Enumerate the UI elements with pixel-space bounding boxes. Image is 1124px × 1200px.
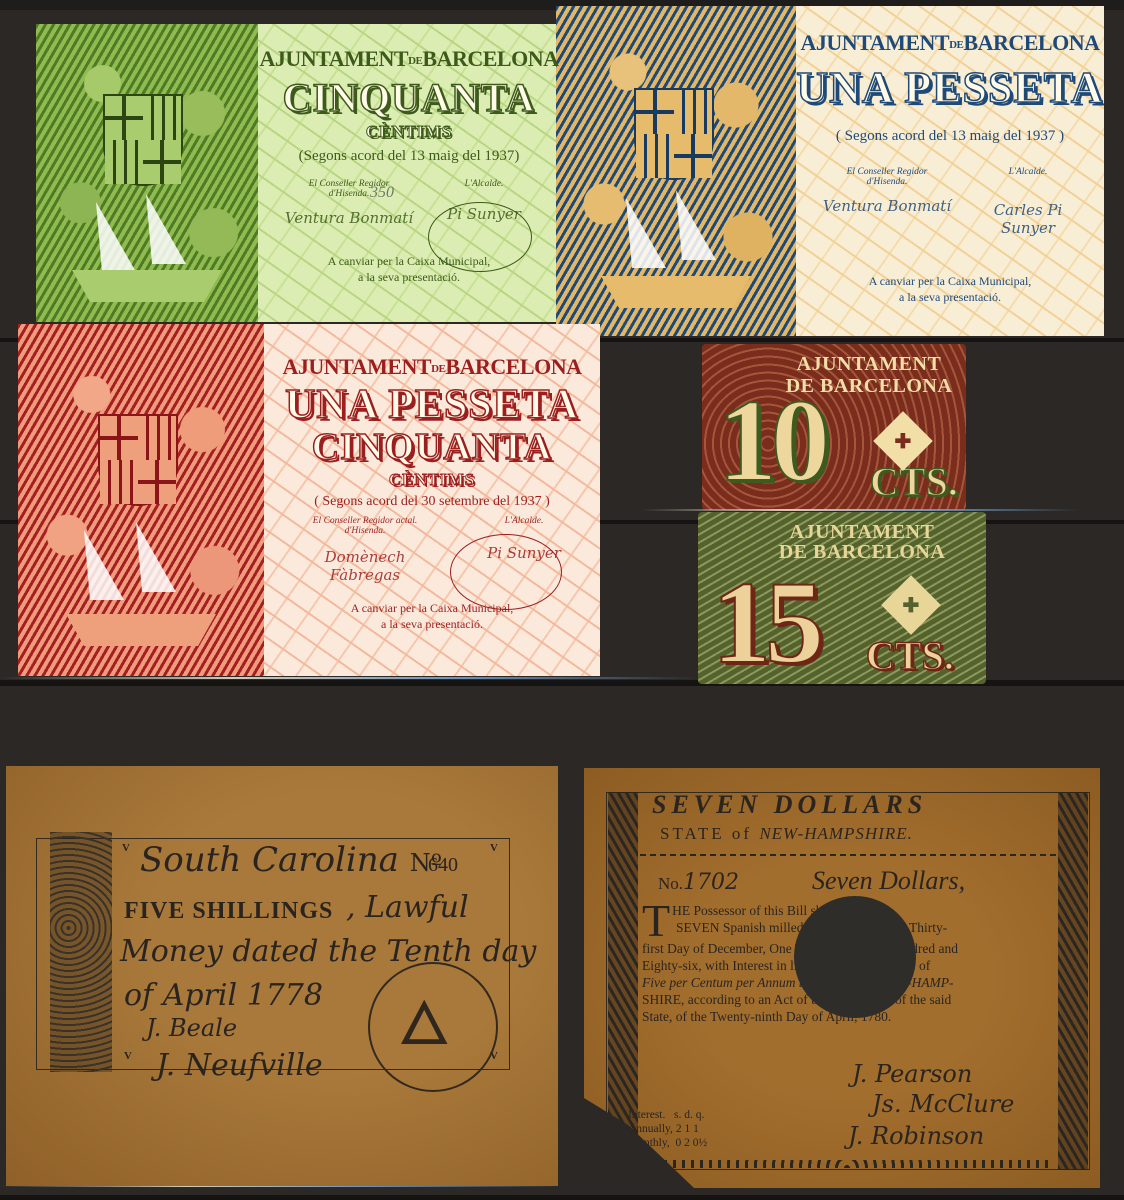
signer-right-title: L'Alcalde. Pi Sunyer xyxy=(474,516,574,584)
serial-number: 640 xyxy=(428,854,458,877)
banknote-10-centims: AJUNTAMENT DE BARCELONA 10 CTS. ✚ xyxy=(702,344,966,510)
decree-text: ( Segons acord del 30 setembre del 1937 … xyxy=(264,494,600,510)
coat-of-arms-icon xyxy=(634,88,714,180)
signature-3: J. Robinson xyxy=(848,1122,984,1150)
signer-left-title: El Conseller Regidor d'Hisenda. Ventura … xyxy=(822,167,952,237)
corner-mark: V xyxy=(124,1050,132,1062)
engraving-panel xyxy=(36,24,258,322)
exchange-text: A canviar per la Caixa Municipal, a la s… xyxy=(258,253,560,285)
serial-number: No.1702 xyxy=(658,870,739,895)
denomination: UNA PESSETA xyxy=(264,384,600,426)
note-face: AJUNTAMENTDEBARCELONA UNA PESSETA CINQUA… xyxy=(264,324,600,676)
ornamental-border-right xyxy=(1058,792,1088,1170)
unit: CTS. xyxy=(866,636,954,676)
date-text: of April 1778 xyxy=(124,978,323,1013)
lawful-text: , Lawful xyxy=(346,890,469,925)
signature-left: Ventura Bonmatí xyxy=(822,197,952,215)
state-title: STATE of NEW-HAMPSHIRE. xyxy=(660,824,913,844)
note-face: AJUNTAMENTDEBARCELONA CINQUANTA CÈNTIMS … xyxy=(258,24,560,322)
ship-icon xyxy=(66,606,216,646)
signature-1: J. Beale xyxy=(146,1014,237,1042)
chain-ornament xyxy=(640,854,1056,856)
signer-left-title: El Conseller Regidor d'Hisenda. Ventura … xyxy=(284,179,414,227)
corner-mark: V xyxy=(490,842,498,854)
coat-of-arms-icon xyxy=(98,414,178,506)
note-face: AJUNTAMENTDEBARCELONA UNA PESSETA ( Sego… xyxy=(796,6,1104,336)
corner-mark: V xyxy=(122,842,130,854)
engraving-panel xyxy=(18,324,264,676)
value: 10 xyxy=(718,382,824,500)
barcelona-arms-icon: ✚ xyxy=(881,575,940,634)
ship-icon xyxy=(72,262,222,302)
denomination: Seven Dollars, xyxy=(812,866,965,896)
exchange-text: A canviar per la Caixa Municipal, a la s… xyxy=(264,600,600,632)
ornamental-border xyxy=(50,832,112,1072)
banknote-cinquanta-centims: AJUNTAMENTDEBARCELONA CINQUANTA CÈNTIMS … xyxy=(36,24,560,322)
signature-left: Domènech Fàbregas xyxy=(290,548,440,584)
signature-2: J. Neufville xyxy=(156,1048,323,1083)
denomination-unit: CÈNTIMS xyxy=(264,470,600,490)
colony-title: South Carolina Nº xyxy=(140,840,442,880)
decree-text: ( Segons acord del 13 maig del 1937 ) xyxy=(796,128,1104,145)
issuer-line-1: AJUNTAMENT xyxy=(738,522,986,542)
denomination-unit: CÈNTIMS xyxy=(258,122,560,142)
top-band: SEVEN DOLLARS xyxy=(652,790,927,820)
signature-2: Js. McClure xyxy=(872,1090,1014,1118)
signature-right: Pi Sunyer xyxy=(474,544,574,562)
engraving-panel xyxy=(556,6,796,336)
banknote-15-centims: AJUNTAMENT DE BARCELONA 15 CTS. ✚ xyxy=(698,512,986,684)
phoenix-icon: 🜂 xyxy=(398,994,450,1054)
banknote-una-pesseta-cinquanta: AJUNTAMENTDEBARCELONA UNA PESSETA CINQUA… xyxy=(18,324,600,676)
dated-text: Money dated the Tenth day xyxy=(120,934,536,969)
unit: CTS. xyxy=(870,462,958,502)
denomination-2: CINQUANTA xyxy=(264,428,600,466)
denomination: UNA PESSETA xyxy=(796,66,1104,110)
issuer-line-1: AJUNTAMENT xyxy=(772,354,966,374)
value: 15 xyxy=(712,564,818,682)
signer-left-title: El Conseller Regidor actal. d'Hisenda. D… xyxy=(290,516,440,584)
ornamental-border-bottom xyxy=(640,1160,1054,1168)
signer-right-title: L'Alcalde. Carles Pi Sunyer xyxy=(978,167,1078,237)
signature-right: Pi Sunyer xyxy=(434,205,534,223)
issuer-title: AJUNTAMENTDEBARCELONA xyxy=(258,46,560,72)
signer-right-title: L'Alcalde. Pi Sunyer xyxy=(434,179,534,227)
banknote-new-hampshire-seven-dollars: SEVEN DOLLARS STATE of NEW-HAMPSHIRE. No… xyxy=(584,768,1100,1188)
issuer-title: AJUNTAMENTDEBARCELONA xyxy=(264,354,600,380)
banknote-una-pesseta: AJUNTAMENTDEBARCELONA UNA PESSETA ( Sego… xyxy=(556,6,1104,336)
denomination: CINQUANTA xyxy=(258,78,560,118)
ship-icon xyxy=(601,268,751,308)
signature-right: Carles Pi Sunyer xyxy=(978,201,1078,237)
decree-text: (Segons acord del 13 maig del 1937) xyxy=(258,148,560,165)
exchange-text: A canviar per la Caixa Municipal, a la s… xyxy=(796,273,1104,305)
banknote-south-carolina-five-shillings: V V V V South Carolina Nº 640 FIVE SHILL… xyxy=(6,766,558,1186)
signature-1: J. Pearson xyxy=(852,1060,972,1088)
coat-of-arms-icon xyxy=(103,94,183,186)
album-strip xyxy=(0,1195,1124,1200)
issuer-title: AJUNTAMENTDEBARCELONA xyxy=(796,30,1104,56)
signature-left: Ventura Bonmatí xyxy=(284,209,414,227)
cancellation-hole xyxy=(794,896,916,1018)
denomination: FIVE SHILLINGS xyxy=(124,898,333,925)
